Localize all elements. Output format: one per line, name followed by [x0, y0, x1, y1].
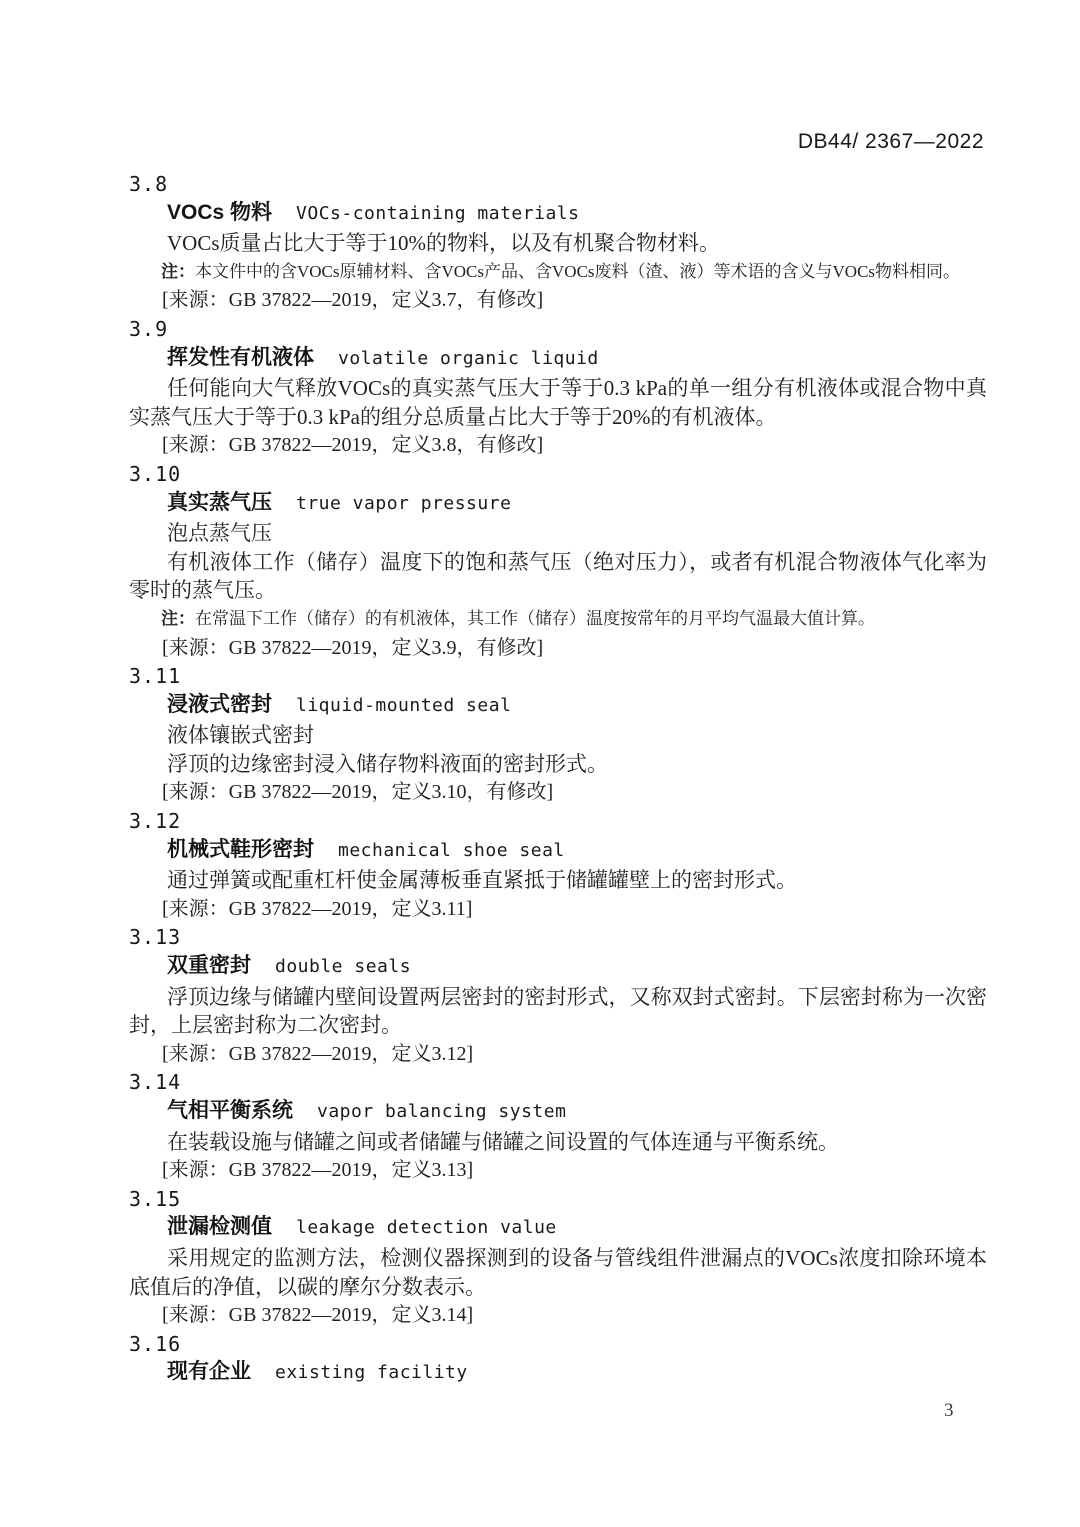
page-number: 3: [944, 1400, 954, 1422]
document-body: 3.8 VOCs 物料VOCs-containing materials VOC…: [129, 170, 987, 1389]
source-ref: [来源：GB 37822—2019，定义3.11]: [129, 895, 987, 924]
term-zh: 浸液式密封: [167, 693, 272, 716]
note: 注：在常温下工作（储存）的有机液体，其工作（储存）温度按常年的月平均气温最大值计…: [129, 605, 987, 634]
term-en: vapor balancing system: [317, 1101, 566, 1122]
term-en: leakage detection value: [296, 1217, 557, 1238]
term-zh: VOCs 物料: [167, 201, 272, 224]
term-line: 挥发性有机液体volatile organic liquid: [129, 344, 987, 375]
source-ref: [来源：GB 37822—2019，定义3.13]: [129, 1156, 987, 1185]
definition-text: 在装载设施与储罐之间或者储罐与储罐之间设置的气体连通与平衡系统。: [129, 1128, 987, 1157]
term-zh: 真实蒸气压: [167, 491, 272, 514]
source-ref: [来源：GB 37822—2019，定义3.9，有修改]: [129, 634, 987, 663]
section-number: 3.11: [129, 662, 987, 691]
term-en: VOCs-containing materials: [296, 203, 579, 224]
document-page: DB44/ 2367—2022 3.8 VOCs 物料VOCs-containi…: [0, 0, 1080, 1527]
section-3-9: 3.9 挥发性有机液体volatile organic liquid 任何能向大…: [129, 315, 987, 460]
definition-text: 浮顶的边缘密封浸入储存物料液面的密封形式。: [129, 750, 987, 779]
section-3-15: 3.15 泄漏检测值leakage detection value 采用规定的监…: [129, 1185, 987, 1330]
section-number: 3.16: [129, 1330, 987, 1359]
term-line: 真实蒸气压true vapor pressure: [129, 489, 987, 520]
section-3-10: 3.10 真实蒸气压true vapor pressure 泡点蒸气压 有机液体…: [129, 460, 987, 662]
definition-text: 采用规定的监测方法，检测仪器探测到的设备与管线组件泄漏点的VOCs浓度扣除环境本…: [129, 1244, 987, 1301]
section-number: 3.14: [129, 1068, 987, 1097]
term-line: 现有企业existing facility: [129, 1358, 987, 1389]
term-line: 双重密封double seals: [129, 952, 987, 983]
definition-text: 任何能向大气释放VOCs的真实蒸气压大于等于0.3 kPa的单一组分有机液体或混…: [129, 374, 987, 431]
section-number: 3.9: [129, 315, 987, 344]
definition-text: 浮顶边缘与储罐内壁间设置两层密封的密封形式，又称双封式密封。下层密封称为一次密封…: [129, 983, 987, 1040]
section-number: 3.8: [129, 170, 987, 199]
term-en: true vapor pressure: [296, 493, 511, 514]
term-en: liquid-mounted seal: [296, 695, 511, 716]
section-number: 3.12: [129, 807, 987, 836]
term-zh: 现有企业: [167, 1360, 251, 1383]
alt-term: 液体镶嵌式密封: [129, 721, 987, 750]
term-en: mechanical shoe seal: [338, 840, 565, 861]
standard-code-header: DB44/ 2367—2022: [0, 130, 984, 154]
section-number: 3.10: [129, 460, 987, 489]
section-number: 3.15: [129, 1185, 987, 1214]
term-en: double seals: [275, 956, 411, 977]
source-ref: [来源：GB 37822—2019，定义3.10，有修改]: [129, 778, 987, 807]
source-ref: [来源：GB 37822—2019，定义3.14]: [129, 1301, 987, 1330]
alt-term: 泡点蒸气压: [129, 519, 987, 548]
section-3-16: 3.16 现有企业existing facility: [129, 1330, 987, 1389]
source-ref: [来源：GB 37822—2019，定义3.7，有修改]: [129, 286, 987, 315]
section-3-14: 3.14 气相平衡系统vapor balancing system 在装载设施与…: [129, 1068, 987, 1184]
note-text: 本文件中的含VOCs原辅材料、含VOCs产品、含VOCs废料（渣、液）等术语的含…: [195, 262, 960, 281]
note: 注：本文件中的含VOCs原辅材料、含VOCs产品、含VOCs废料（渣、液）等术语…: [129, 258, 987, 287]
source-ref: [来源：GB 37822—2019，定义3.8，有修改]: [129, 431, 987, 460]
definition-text: VOCs质量占比大于等于10%的物料，以及有机聚合物材料。: [129, 229, 987, 258]
definition-text: 通过弹簧或配重杠杆使金属薄板垂直紧抵于储罐罐壁上的密封形式。: [129, 866, 987, 895]
term-line: 气相平衡系统vapor balancing system: [129, 1097, 987, 1128]
note-text: 在常温下工作（储存）的有机液体，其工作（储存）温度按常年的月平均气温最大值计算。: [195, 609, 875, 628]
section-number: 3.13: [129, 923, 987, 952]
term-line: 机械式鞋形密封mechanical shoe seal: [129, 836, 987, 867]
term-zh: 机械式鞋形密封: [167, 838, 314, 861]
term-zh: 气相平衡系统: [167, 1099, 293, 1122]
term-en: volatile organic liquid: [338, 348, 599, 369]
note-label: 注：: [161, 609, 195, 628]
term-line: VOCs 物料VOCs-containing materials: [129, 199, 987, 230]
term-zh: 泄漏检测值: [167, 1215, 272, 1238]
term-en: existing facility: [275, 1362, 468, 1383]
section-3-11: 3.11 浸液式密封liquid-mounted seal 液体镶嵌式密封 浮顶…: [129, 662, 987, 807]
term-zh: 双重密封: [167, 954, 251, 977]
term-zh: 挥发性有机液体: [167, 346, 314, 369]
definition-text: 有机液体工作（储存）温度下的饱和蒸气压（绝对压力），或者有机混合物液体气化率为零…: [129, 548, 987, 605]
term-line: 泄漏检测值leakage detection value: [129, 1213, 987, 1244]
note-label: 注：: [161, 262, 195, 281]
term-line: 浸液式密封liquid-mounted seal: [129, 691, 987, 722]
section-3-13: 3.13 双重密封double seals 浮顶边缘与储罐内壁间设置两层密封的密…: [129, 923, 987, 1068]
section-3-8: 3.8 VOCs 物料VOCs-containing materials VOC…: [129, 170, 987, 315]
section-3-12: 3.12 机械式鞋形密封mechanical shoe seal 通过弹簧或配重…: [129, 807, 987, 923]
source-ref: [来源：GB 37822—2019，定义3.12]: [129, 1040, 987, 1069]
